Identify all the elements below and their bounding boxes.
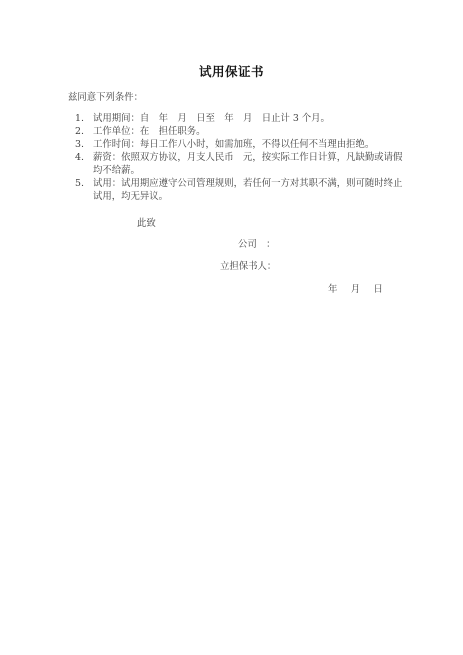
term-text-line: 工作单位：在 担任职务。 [93, 125, 206, 138]
term-number: 5. [75, 177, 93, 203]
term-number: 4. [75, 151, 93, 177]
term-number: 3. [75, 138, 93, 151]
term-text-line: 工作时间：每日工作八小时，如需加班，不得以任何不当理由拒绝。 [93, 138, 374, 151]
term-text: 工作单位：在 担任职务。 [93, 125, 206, 138]
term-number: 1. [75, 112, 93, 125]
term-item-4: 4. 薪资：依照双方协议，月支人民币 元，按实际工作日计算，凡缺勤或请假 均不给… [75, 151, 402, 177]
document-title: 试用保证书 [0, 62, 463, 80]
intro-line: 兹同意下列条件： [68, 91, 143, 104]
term-item-2: 2. 工作单位：在 担任职务。 [75, 125, 402, 138]
term-text: 试用期间：自 年 月 日至 年 月 日止计 3 个月。 [93, 112, 330, 125]
guarantor-signature-line: 立担保书人： [220, 260, 276, 273]
date-line: 年 月 日 [328, 283, 385, 296]
document-page: 试用保证书 兹同意下列条件： 1. 试用期间：自 年 月 日至 年 月 日止计 … [0, 0, 463, 655]
term-text: 试用：试用期应遵守公司管理规则，若任何一方对其职不满，则可随时终止 试用，均无异… [93, 177, 402, 203]
term-text-line: 试用期间：自 年 月 日至 年 月 日止计 3 个月。 [93, 112, 330, 125]
term-text: 薪资：依照双方协议，月支人民币 元，按实际工作日计算，凡缺勤或请假 均不给薪。 [93, 151, 402, 177]
term-number: 2. [75, 125, 93, 138]
term-item-5: 5. 试用：试用期应遵守公司管理规则，若任何一方对其职不满，则可随时终止 试用，… [75, 177, 402, 203]
term-text-line: 试用，均无异议。 [93, 190, 402, 203]
terms-list: 1. 试用期间：自 年 月 日至 年 月 日止计 3 个月。 2. 工作单位：在… [75, 112, 402, 203]
term-text-line: 薪资：依照双方协议，月支人民币 元，按实际工作日计算，凡缺勤或请假 [93, 151, 402, 164]
closing-line: 此致 [137, 217, 156, 230]
term-text-line: 试用：试用期应遵守公司管理规则，若任何一方对其职不满，则可随时终止 [93, 177, 402, 190]
term-text-line: 均不给薪。 [93, 164, 402, 177]
term-item-3: 3. 工作时间：每日工作八小时，如需加班，不得以任何不当理由拒绝。 [75, 138, 402, 151]
company-signature-line: 公司 ： [238, 238, 276, 251]
term-text: 工作时间：每日工作八小时，如需加班，不得以任何不当理由拒绝。 [93, 138, 374, 151]
term-item-1: 1. 试用期间：自 年 月 日至 年 月 日止计 3 个月。 [75, 112, 402, 125]
